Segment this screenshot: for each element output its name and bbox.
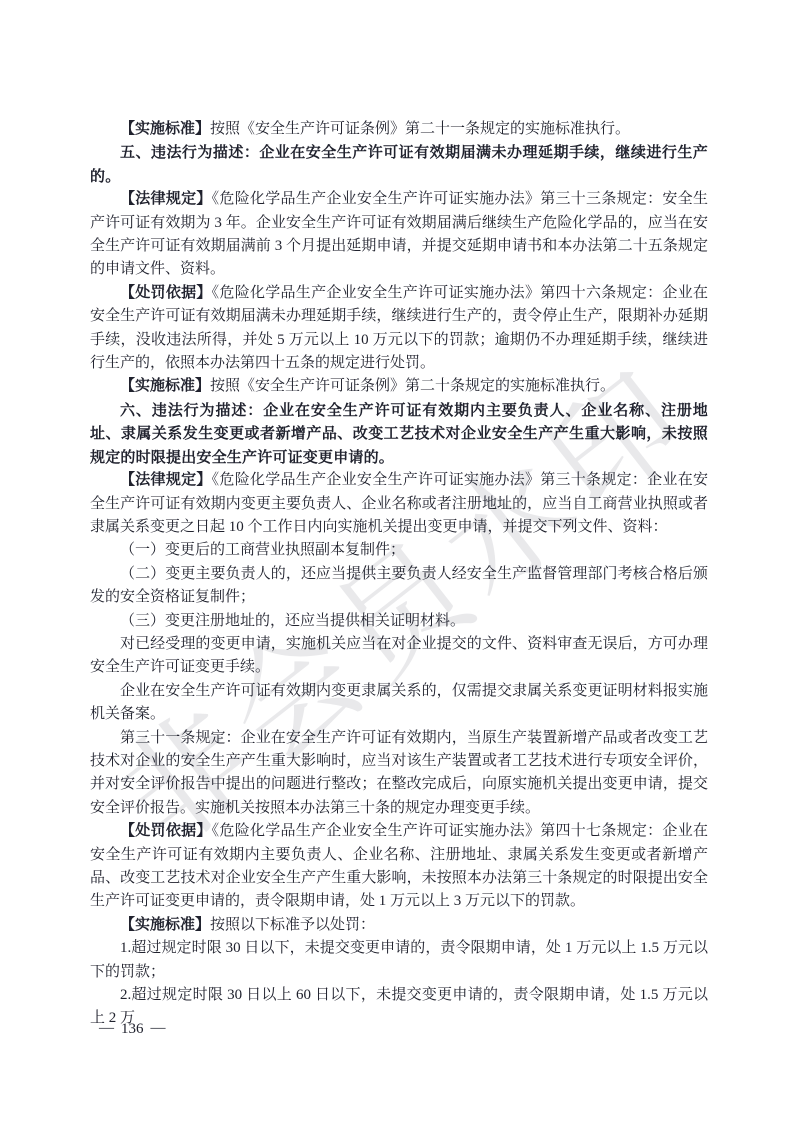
document-page: 非会员水印 【实施标准】按照《安全生产许可证条例》第二十一条规定的实施标准执行。… [0,0,793,1122]
paragraph-text: 1.超过规定时限 30 日以下，未提交变更申请的，责令限期申请，处 1 万元以上… [90,940,708,979]
paragraph: 【法律规定】《危险化学品生产企业安全生产许可证实施办法》第三十条规定：企业在安全… [90,469,708,539]
paragraph: 【实施标准】按照《安全生产许可证条例》第二十一条规定的实施标准执行。 [90,118,708,141]
paragraph: 【处罚依据】《危险化学品生产企业安全生产许可证实施办法》第四十七条规定：企业在安… [90,820,708,914]
paragraph-text: 五、违法行为描述：企业在安全生产许可证有效期届满未办理延期手续，继续进行生产的。 [90,144,708,184]
bracket-label: 【处罚依据】 [120,823,212,839]
footer-right-dash: — [151,1020,166,1037]
paragraph-text: 对已经受理的变更申请，实施机关应当在对企业提交的文件、资料审查无误后，方可办理安… [90,636,708,675]
page-number: 136 [121,1021,144,1038]
paragraph: 【法律规定】《危险化学品生产企业安全生产许可证实施办法》第三十三条规定：安全生产… [90,188,708,282]
footer-left-dash: — [99,1020,114,1037]
paragraph: （三）变更注册地址的，还应当提供相关证明材料。 [90,610,708,633]
bracket-label: 【实施标准】 [120,378,210,394]
paragraph: 【实施标准】按照以下标准予以处罚： [90,914,708,937]
paragraph-text: 2.超过规定时限 30 日以上 60 日以下，未提交变更申请的，责令限期申请，处… [90,987,708,1026]
bracket-label: 【法律规定】 [120,191,212,207]
paragraph-text: 第三十一条规定：企业在安全生产许可证有效期内，当原生产装置新增产品或者改变工艺技… [90,730,708,816]
paragraph: （一）变更后的工商营业执照副本复制件； [90,539,708,562]
paragraph: 五、违法行为描述：企业在安全生产许可证有效期届满未办理延期手续，继续进行生产的。 [90,141,708,188]
document-body: 【实施标准】按照《安全生产许可证条例》第二十一条规定的实施标准执行。五、违法行为… [90,118,708,1031]
paragraph: 1.超过规定时限 30 日以下，未提交变更申请的，责令限期申请，处 1 万元以上… [90,937,708,984]
paragraph-text: 六、违法行为描述：企业在安全生产许可证有效期内主要负责人、企业名称、注册地址、隶… [90,402,708,466]
paragraph: 对已经受理的变更申请，实施机关应当在对企业提交的文件、资料审查无误后，方可办理安… [90,633,708,680]
paragraph: 第三十一条规定：企业在安全生产许可证有效期内，当原生产装置新增产品或者改变工艺技… [90,727,708,821]
paragraph-text: 按照以下标准予以处罚： [210,917,375,933]
paragraph: 【实施标准】按照《安全生产许可证条例》第二十条规定的实施标准执行。 [90,375,708,398]
paragraph-text: （二）变更主要负责人的，还应当提供主要负责人经安全生产监督管理部门考核合格后颁发… [90,566,708,605]
paragraph: 2.超过规定时限 30 日以上 60 日以下，未提交变更申请的，责令限期申请，处… [90,984,708,1031]
bracket-label: 【实施标准】 [120,917,210,933]
bracket-label: 【处罚依据】 [120,285,212,301]
bracket-label: 【法律规定】 [120,472,212,488]
paragraph-text: 企业在安全生产许可证有效期内变更隶属关系的，仅需提交隶属关系变更证明材料报实施机… [90,683,708,722]
paragraph: 六、违法行为描述：企业在安全生产许可证有效期内主要负责人、企业名称、注册地址、隶… [90,399,708,469]
bracket-label: 【实施标准】 [120,121,210,137]
paragraph: （二）变更主要负责人的，还应当提供主要负责人经安全生产监督管理部门考核合格后颁发… [90,563,708,610]
paragraph-text: 按照《安全生产许可证条例》第二十一条规定的实施标准执行。 [210,121,630,137]
paragraph-text: （一）变更后的工商营业执照副本复制件； [120,542,405,558]
paragraph-text: （三）变更注册地址的，还应当提供相关证明材料。 [120,613,465,629]
page-footer: —136— [92,1021,173,1038]
paragraph: 企业在安全生产许可证有效期内变更隶属关系的，仅需提交隶属关系变更证明材料报实施机… [90,680,708,727]
paragraph-text: 按照《安全生产许可证条例》第二十条规定的实施标准执行。 [210,378,615,394]
paragraph: 【处罚依据】《危险化学品生产企业安全生产许可证实施办法》第四十六条规定：企业在安… [90,282,708,376]
